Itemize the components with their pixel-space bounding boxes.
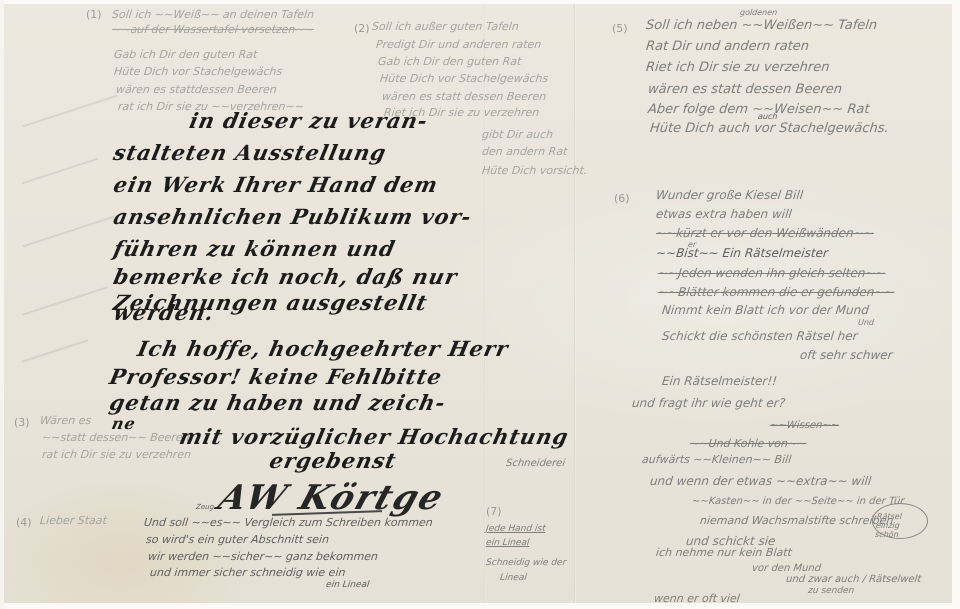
letter-line: bemerke ich noch, daß nur xyxy=(111,264,460,289)
bleed-through-stroke xyxy=(22,286,108,316)
verse-line: ~~Kasten~~ in der ~~Seite~~ in der Tür xyxy=(691,496,905,507)
verse-line-struck: ~~kürzt er vor den Weißwänden~~ xyxy=(655,226,874,240)
verse-line: und zwar auch / Rätselwelt xyxy=(785,574,921,585)
letter-line: mit vorzüglicher Hochachtung xyxy=(177,424,571,449)
scan-edge-bottom xyxy=(0,603,960,609)
bleed-through-stroke xyxy=(22,158,99,185)
verse-line: wenn er oft viel xyxy=(653,592,740,605)
letter-line: Professor! keine Fehlbitte xyxy=(107,364,444,389)
letter-line: ansehnlichen Publikum vor- xyxy=(111,204,474,229)
verse-line: wären es statt dessen Beeren xyxy=(647,82,843,97)
verse-line-struck: ~~Und Kohle von~~ xyxy=(689,437,807,450)
interlinear-correction: er xyxy=(688,240,697,249)
verse-line: Lineal xyxy=(499,573,527,583)
verse-number: (1) xyxy=(86,8,102,21)
verse-line: Wären es xyxy=(39,414,92,427)
verse-line: Lieber Staat xyxy=(39,514,107,527)
verse-line: Hüte Dich vorsicht. xyxy=(481,164,588,177)
letter-line: ergebenst xyxy=(267,448,399,473)
verse-number: (5) xyxy=(612,22,628,35)
bleed-through-stroke xyxy=(22,215,118,248)
verse-number: (2) xyxy=(354,22,370,35)
verse-line: ein Lineal xyxy=(325,580,369,590)
verse-line: wir werden ~~sicher~~ ganz bekommen xyxy=(147,550,378,563)
verse-line: Hüte Dich auch vor Stachelgewächs. xyxy=(649,121,889,136)
interlinear-correction: Zeug xyxy=(196,503,215,511)
verse-line: rat ich Dir sie zu verzehren xyxy=(41,448,191,461)
verse-line: Riet ich Dir sie zu verzehren xyxy=(645,60,830,75)
verse-line: den andern Rat xyxy=(481,145,568,158)
interlinear-correction: Und xyxy=(858,318,875,327)
verse-line: Schneidig wie der xyxy=(485,558,566,568)
paper-fold-line xyxy=(574,4,576,604)
side-note: Schneiderei xyxy=(505,458,565,469)
verse-line-struck: ~~Wissen~~ xyxy=(769,420,839,431)
verse-line: ich nehme nur kein Blatt xyxy=(655,546,792,559)
scan-edge-top xyxy=(0,0,960,4)
verse-line: und fragt ihr wie geht er? xyxy=(631,396,786,410)
verse-number: (4) xyxy=(16,516,32,529)
circled-annotation-text: Rätsel einzig schön xyxy=(875,512,924,539)
letter-line: ne xyxy=(110,414,138,433)
verse-line: Jede Hand ist xyxy=(485,524,546,534)
verse-line: und wenn der etwas ~~extra~~ will xyxy=(649,474,872,488)
letter-line: Ich hoffe, hochgeehrter Herr xyxy=(135,336,511,361)
verse-line: Gab ich Dir den guten Rat xyxy=(377,55,522,68)
verse-line: oft sehr schwer xyxy=(799,348,893,362)
verse-line: ein Lineal xyxy=(485,538,529,548)
verse-line: Schickt die schönsten Rätsel her xyxy=(661,329,858,343)
interlinear-correction: goldenen xyxy=(740,8,778,17)
letter-line: in dieser zu veran- xyxy=(187,108,430,133)
verse-line: ~~auf der Wassertafel vorsetzen~~ xyxy=(111,23,314,36)
verse-line: Soll ich neben ~~Weißen~~ Tafeln xyxy=(645,18,878,33)
bleed-through-stroke xyxy=(21,339,88,363)
letter-sheet: (1) Soll ich ~~Weiß~~ an deinen Tafeln ~… xyxy=(0,0,960,609)
scan-edge-left xyxy=(0,0,4,609)
verse-line: Predigt Dir und anderen raten xyxy=(375,38,542,51)
verse-line: so wird's ein guter Abschnitt sein xyxy=(145,533,329,546)
verse-line: Ein Rätselmeister!! xyxy=(661,374,777,388)
verse-line: Gab ich Dir den guten Rat xyxy=(113,48,258,61)
verse-line: etwas extra haben will xyxy=(655,207,792,221)
letter-line: ein Werk Ihrer Hand dem xyxy=(111,172,440,197)
verse-line: und immer sicher schneidig wie ein xyxy=(149,566,346,579)
verse-line: niemand Wachsmalstifte schreiben xyxy=(699,514,894,527)
scan-edge-right xyxy=(952,0,960,609)
verse-line-struck: ~~Jeden wenden ihn gleich selten~~ xyxy=(657,266,886,280)
verse-line: Rat Dir und andern raten xyxy=(645,39,810,54)
verse-line: wären es stattdessen Beeren xyxy=(115,83,277,96)
letter-line: führen zu können und xyxy=(111,236,398,261)
verse-line: Wunder große Kiesel Bill xyxy=(655,188,804,202)
verse-number: (7) xyxy=(486,505,502,518)
bleed-through-stroke xyxy=(22,95,118,128)
interlinear-correction: auch xyxy=(758,112,778,121)
verse-line: Nimmt kein Blatt ich vor der Mund xyxy=(661,303,869,317)
verse-line: Soll ich außer guten Tafeln xyxy=(371,20,519,33)
letter-line: getan zu haben und zeich- xyxy=(107,390,448,415)
verse-line: ~~Bist~~ Ein Rätselmeister xyxy=(655,246,828,260)
letter-line: werden. xyxy=(111,300,216,325)
verse-line: zu senden xyxy=(807,586,854,596)
verse-line: Hüte Dich vor Stachelgewächs xyxy=(113,65,283,78)
verse-number: (3) xyxy=(14,416,30,429)
verse-line: Soll ich ~~Weiß~~ an deinen Tafeln xyxy=(111,8,314,21)
verse-line: wären es statt dessen Beeren xyxy=(381,90,547,103)
verse-line-struck: ~~Blätter kommen die er gefunden~~ xyxy=(657,285,895,299)
verse-line: Hüte Dich vor Stachelgewächs xyxy=(379,72,549,85)
verse-line: vor den Mund xyxy=(751,563,821,574)
verse-line: gibt Dir auch xyxy=(481,128,553,141)
verse-line: aufwärts ~~Kleinen~~ Bill xyxy=(641,453,792,466)
verse-number: (6) xyxy=(614,192,630,205)
letter-line: stalteten Ausstellung xyxy=(111,140,389,165)
